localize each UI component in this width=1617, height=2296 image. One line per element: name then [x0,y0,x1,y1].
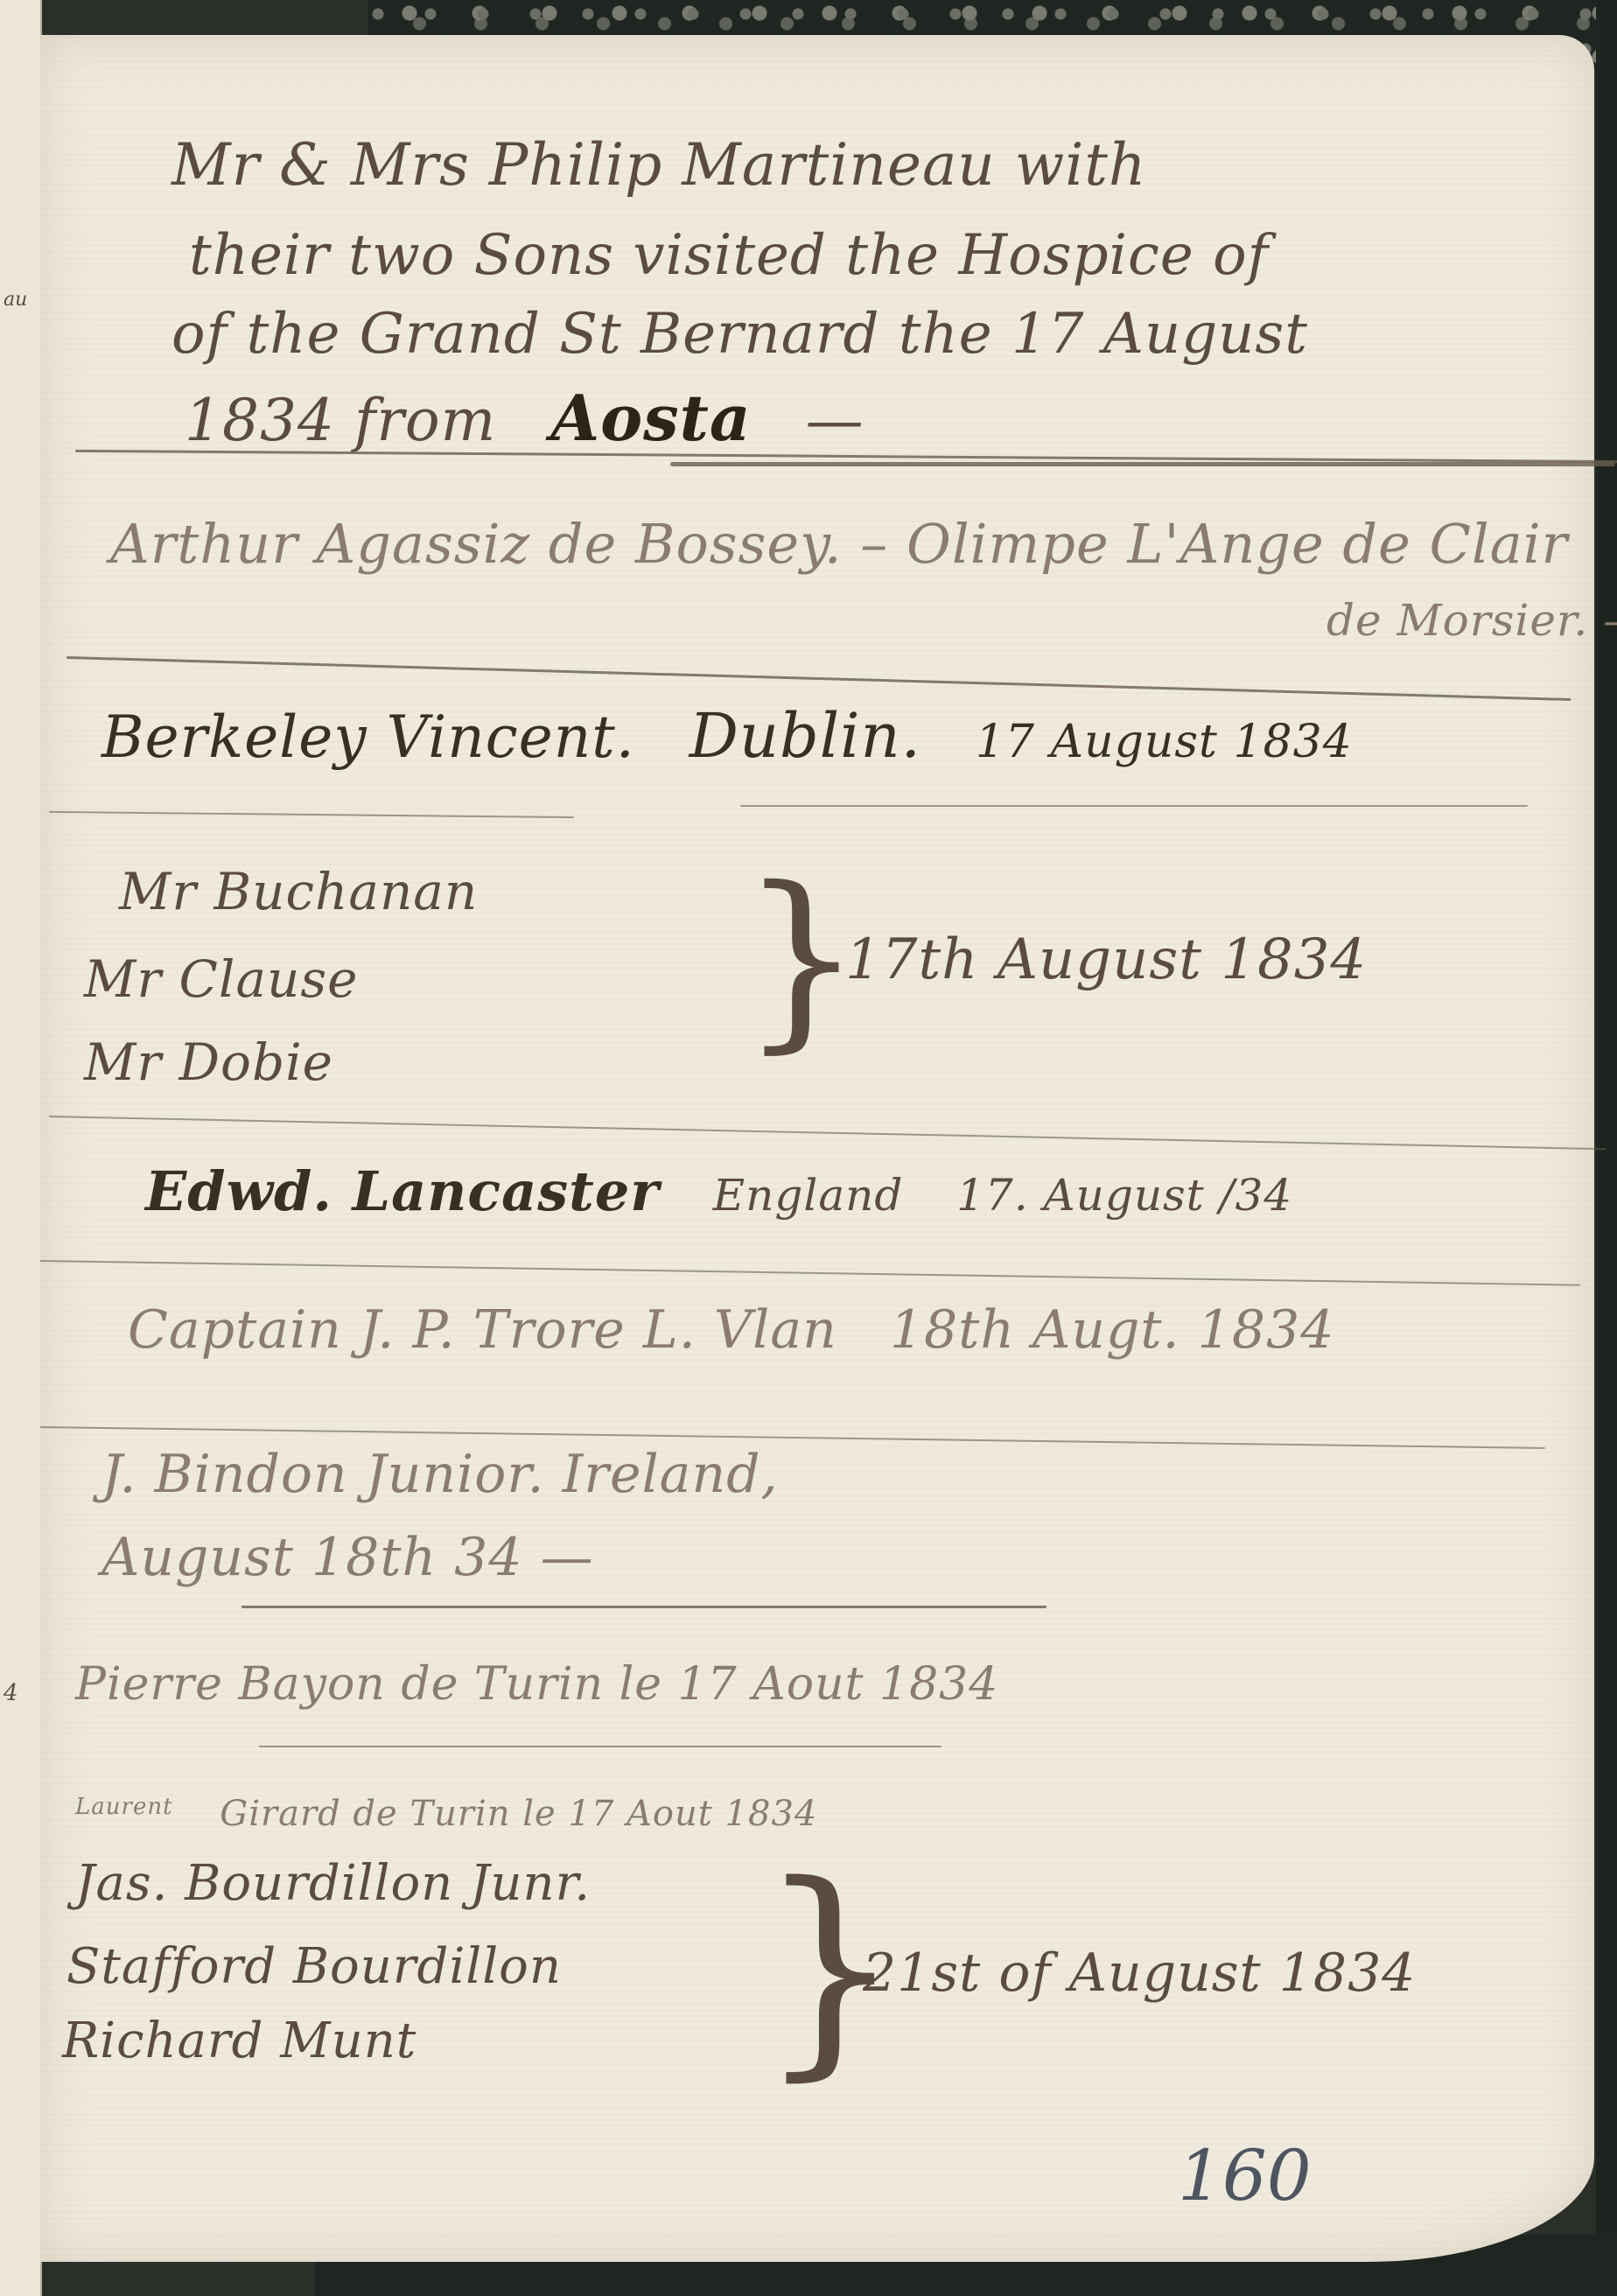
grouping-brace: } [740,862,863,1054]
visitor-name: Mr Buchanan [119,862,478,921]
separator-rule [66,656,1571,701]
entry-line: Mr & Mrs Philip Martineau with [171,131,1146,199]
entry-bayon: Pierre Bayon de Turin le 17 Aout 1834 [75,1658,998,1711]
entry-agassiz: Arthur Agassiz de Bossey. – Olimpe L'Ang… [110,512,1568,576]
separator-rule [40,1260,1580,1286]
separator-rule [49,811,574,818]
visitor-name: Stafford Bourdillon [66,1938,562,1995]
visitor-name: Girard de Turin le 17 Aout 1834 [220,1794,817,1834]
adjacent-left-page: au 4 [0,0,42,2296]
visit-date: 17. August /34 [956,1170,1292,1221]
separator-rule [259,1746,941,1747]
entry-lancaster: Edwd. Lancaster England 17. August /34 [145,1159,1292,1223]
visit-date: 17th August 1834 [845,927,1367,992]
folio-number: 160 [1178,2135,1312,2216]
visitor-name: Berkeley Vincent. [101,703,635,771]
visitor-name: Jas. Bourdillon Junr. [75,1855,591,1912]
left-page-fragment: au [3,289,27,311]
dash: — [806,387,864,454]
separator-rule [740,805,1528,807]
visitor-name: Mr Dobie [84,1032,333,1092]
separator-rule [670,462,1615,466]
entry-line: their two Sons visited the Hospice of [189,223,1269,288]
visit-date: 21st of August 1834 [863,1942,1416,2004]
entry-bindon-line2: August 18th 34 — [101,1527,594,1588]
left-page-fragment: 4 [3,1680,18,1706]
manuscript-page: Mr & Mrs Philip Martineau with their two… [40,35,1594,2262]
visitor-name: Edwd. Lancaster [145,1159,660,1223]
visitor-prefix: Laurent [75,1794,173,1820]
entry-girard: Laurent Girard de Turin le 17 Aout 1834 [75,1794,817,1834]
visit-date: 17 August 1834 [976,716,1353,768]
entry-line: 1834 from [185,387,496,454]
entry-bindon-line1: J. Bindon Junior. Ireland, [101,1444,779,1505]
visitor-place: Dublin. [689,700,921,772]
entry-line: of the Grand St Bernard the 17 August [171,302,1308,367]
entry-agassiz-continuation: de Morsier. – [1326,595,1617,646]
separator-rule [49,1116,1606,1150]
place-aosta: Aosta [550,381,751,455]
visitor-name: Captain J. P. Trore L. Vlan [128,1299,837,1361]
entry-vincent: Berkeley Vincent. Dublin. 17 August 1834 [101,700,1353,772]
visitor-name: Mr Clause [84,949,359,1009]
visit-date: 18th Augt. 1834 [890,1299,1335,1361]
visitor-name: Richard Munt [62,2012,416,2069]
entry-captain: Captain J. P. Trore L. Vlan 18th Augt. 1… [128,1299,1334,1361]
separator-rule [241,1606,1046,1608]
visitor-place: England [713,1170,904,1221]
